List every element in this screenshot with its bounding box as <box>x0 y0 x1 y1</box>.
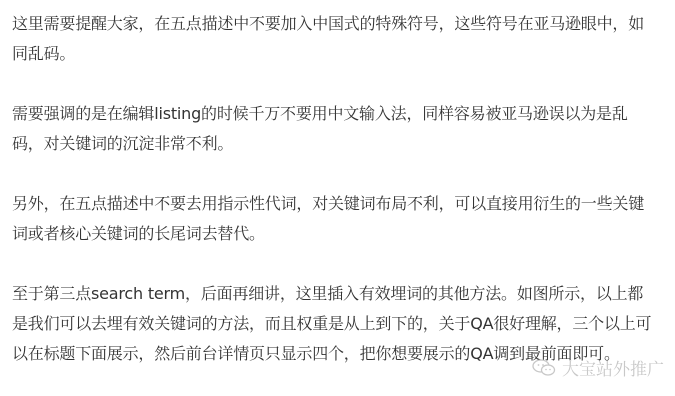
wechat-icon <box>532 359 556 377</box>
paragraph-input-method: 需要强调的是在编辑listing的时候千万不要用中文输入法，同样容易被亚马逊误以… <box>12 99 657 159</box>
watermark-text: 大宝站外推广 <box>562 355 664 380</box>
paragraph-special-symbols: 这里需要提醒大家，在五点描述中不要加入中国式的特殊符号，这些符号在亚马逊眼中，如… <box>12 9 657 69</box>
paragraph-pronouns: 另外，在五点描述中不要去用指示性代词，对关键词布局不利，可以直接用衍生的一些关键… <box>12 189 657 249</box>
article-body: 这里需要提醒大家，在五点描述中不要加入中国式的特殊符号，这些符号在亚马逊眼中，如… <box>12 9 657 396</box>
watermark: 大宝站外推广 <box>532 355 664 380</box>
